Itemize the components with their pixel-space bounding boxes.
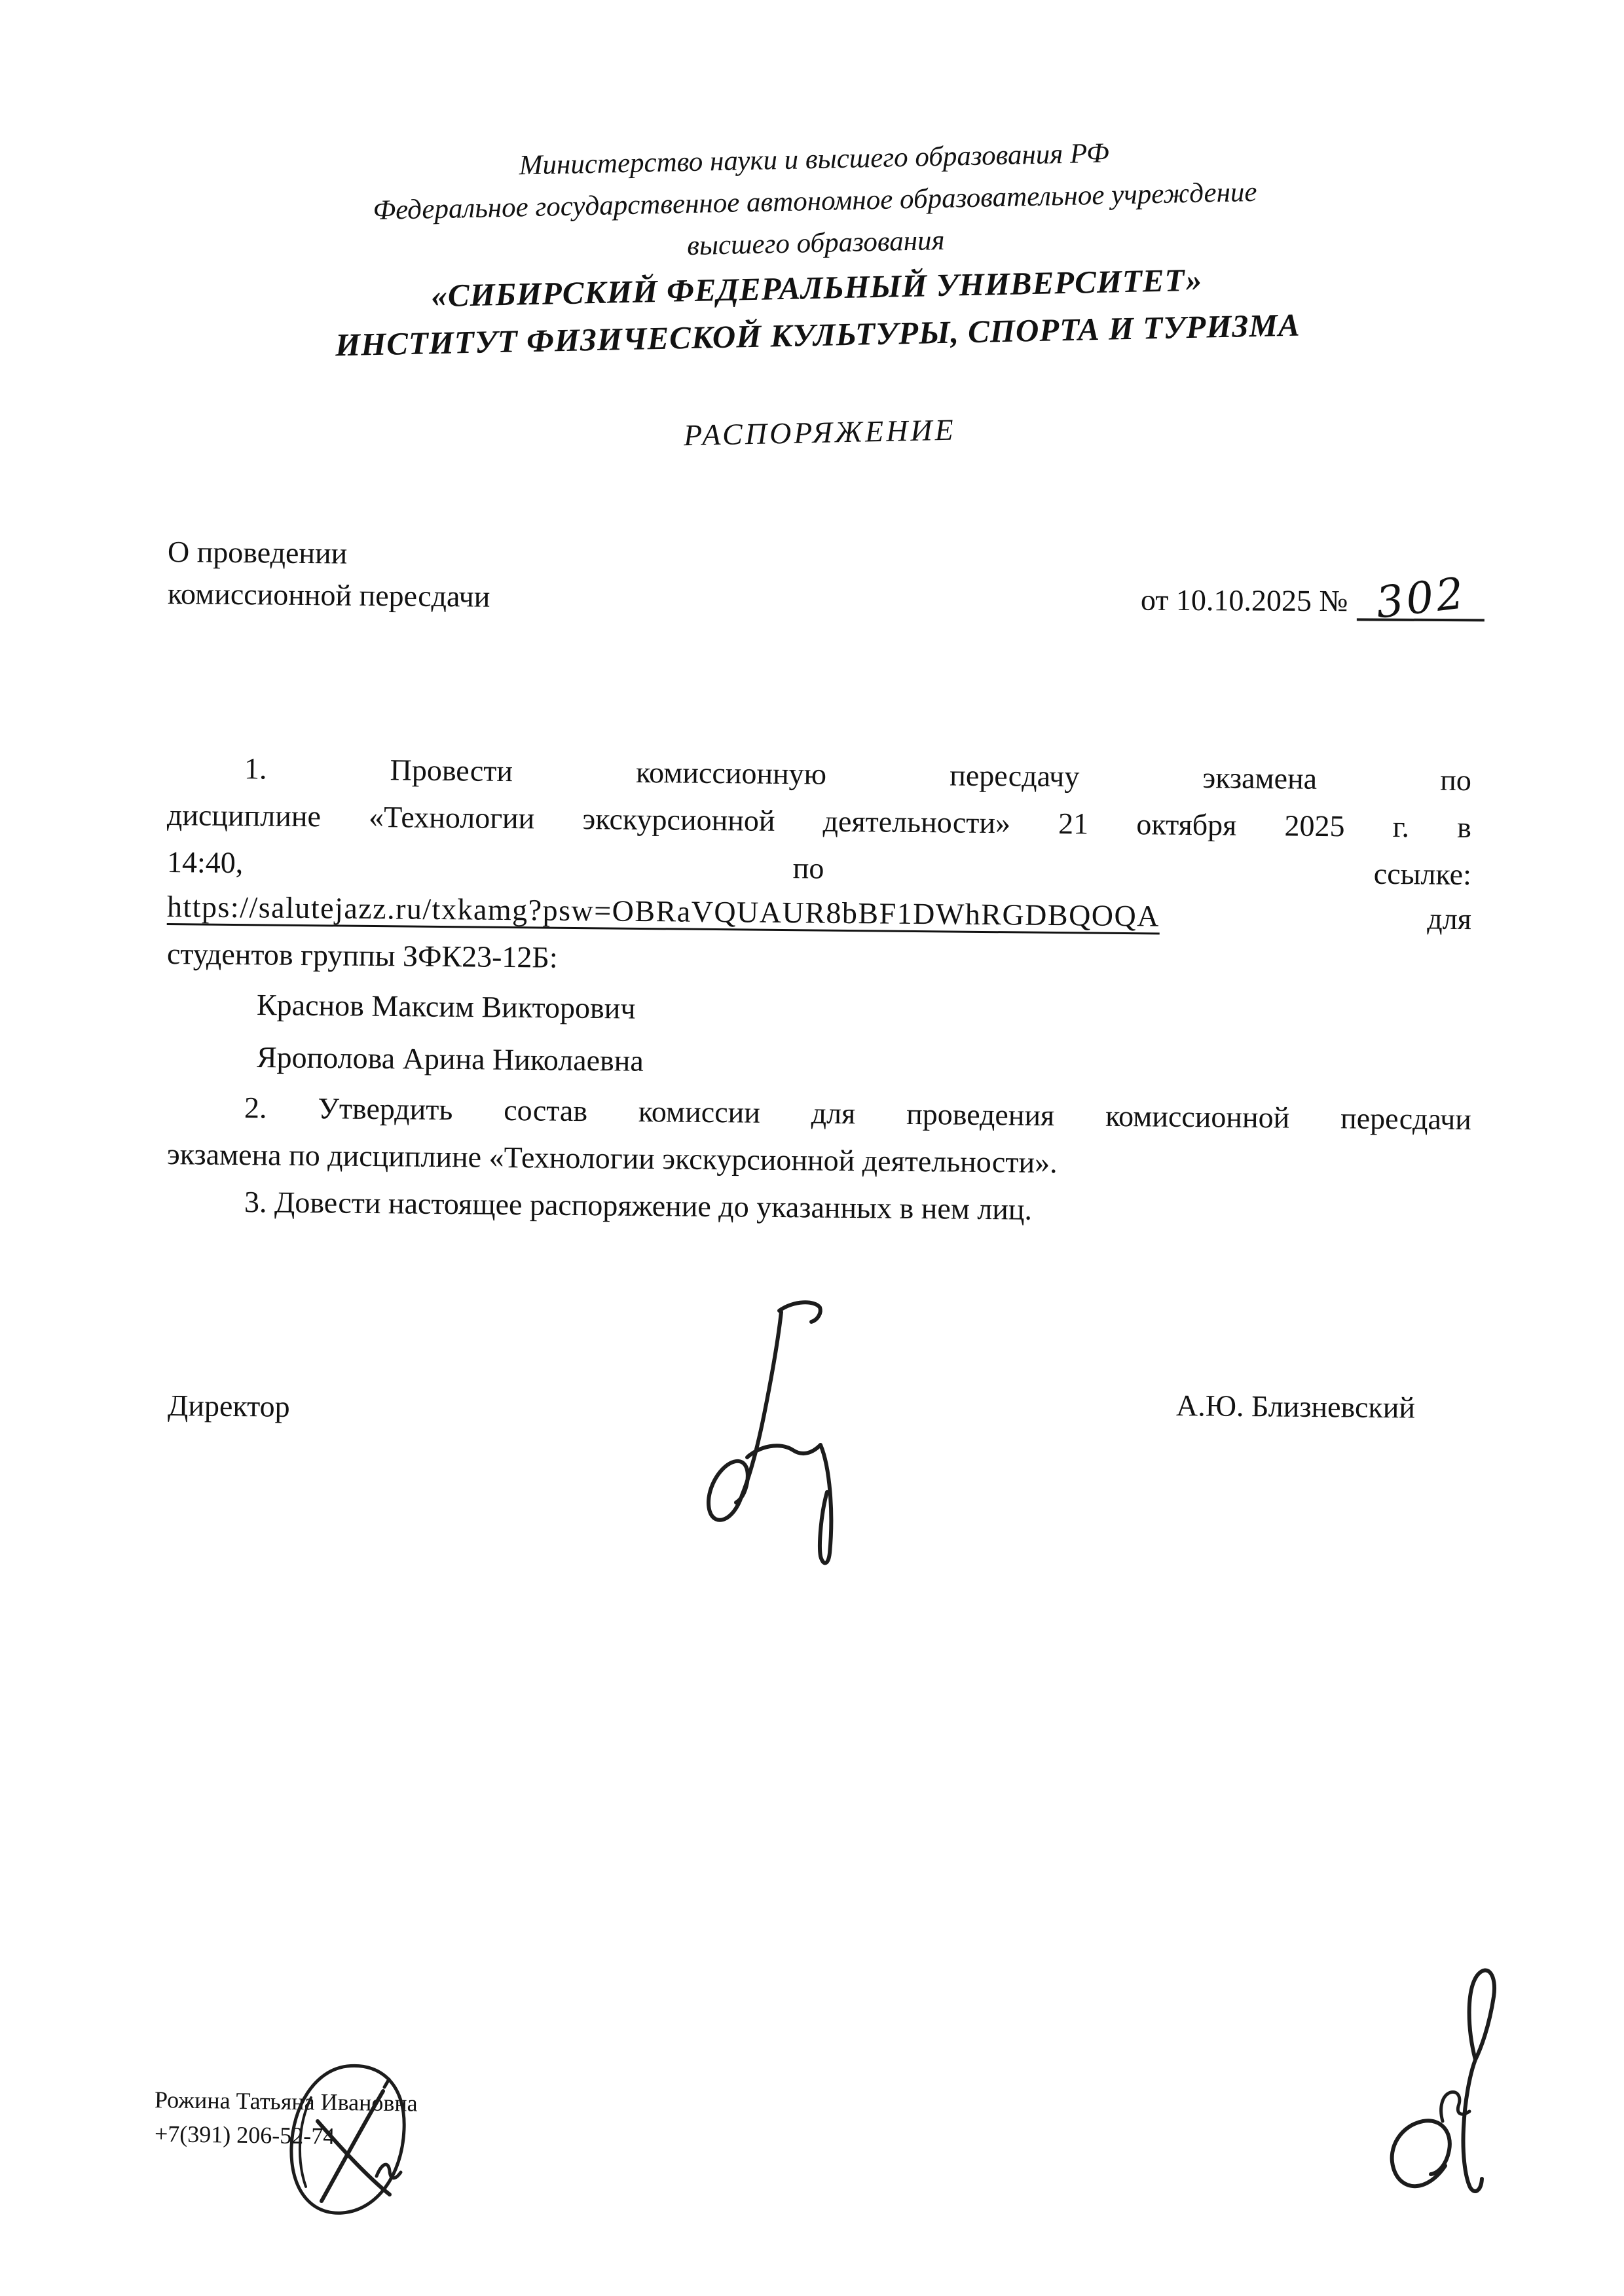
contact-signature — [285, 2061, 409, 2218]
student-name-2: Ярополова Арина Николаевна — [257, 1040, 644, 1078]
item2-line2: экзамена по дисциплине «Технологии экску… — [167, 1137, 1471, 1184]
director-signature — [681, 1295, 877, 1576]
date-number-prefix: от 10.10.2025 № — [1141, 583, 1348, 618]
letterhead: Министерство науки и высшего образования… — [157, 125, 1477, 464]
item2-line1: 2. Утвердить состав комиссии для проведе… — [167, 1089, 1471, 1137]
meeting-link[interactable]: https://salutejazz.ru/txkamg?psw=OBRaVQU… — [167, 889, 1160, 934]
student-name-1: Краснов Максим Викторович — [257, 987, 636, 1026]
item3-line: 3. Довести настоящее распоряжение до ука… — [167, 1184, 1471, 1231]
item1-line3: 14:40, по ссылке: — [167, 845, 1471, 892]
item1-line4: https://salutejazz.ru/txkamg?psw=OBRaVQU… — [167, 889, 1471, 936]
subject-line-2: комиссионной пересдачи — [168, 576, 490, 614]
document-type-title: РАСПОРЯЖЕНИЕ — [163, 401, 1477, 464]
signer-name: А.Ю. Близневский — [1176, 1388, 1416, 1425]
item1-line4-tail: для — [1427, 901, 1471, 936]
date-and-number-line: от 10.10.2025 №302 — [1141, 578, 1485, 622]
scanned-document-page: Министерство науки и высшего образования… — [0, 0, 1624, 2296]
item1-line5: студентов группы ЗФК23-12Б: — [167, 936, 1471, 983]
corner-initials-signature — [1365, 1950, 1509, 2225]
handwritten-order-number: 302 — [1357, 579, 1485, 621]
signer-role: Директор — [168, 1388, 290, 1424]
item1-line2: дисциплине «Технологии экскурсионной дея… — [167, 797, 1471, 845]
subject-line-1: О проведении — [168, 534, 348, 571]
item1-line1: 1. Провести комиссионную пересдачу экзам… — [167, 750, 1471, 797]
